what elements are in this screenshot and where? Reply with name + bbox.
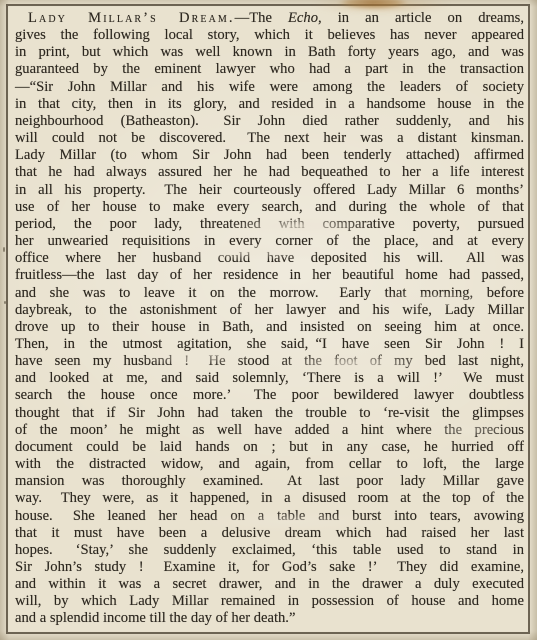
article-heading: Lady Millar’s Dream.—The Echo, in an art…	[15, 10, 524, 27]
text-line: that it must have been a delusive dream …	[15, 525, 524, 542]
text-line: with the distracted widow, and again, fr…	[15, 456, 524, 473]
text-line: guaranteed by the eminent lawyer who had…	[15, 61, 524, 78]
text-line: way. They were, as it happened, in a dis…	[15, 490, 524, 507]
text-line: period, the poor lady, threatened with c…	[15, 216, 524, 233]
text-line: neighbourhood (Batheaston). Sir John die…	[15, 113, 524, 130]
text-line: daybreak, to the astonishment of her law…	[15, 302, 524, 319]
ink-speck	[3, 247, 5, 252]
heading-italic-word: Echo	[288, 10, 318, 26]
text-line: and looked at me, and said solemnly, ‘Th…	[15, 370, 524, 387]
text-line: use of her house to make every search, a…	[15, 199, 524, 216]
text-line: will could not be discovered. The next h…	[15, 130, 524, 147]
text-line: hopes. ‘Stay,’ she suddenly exclaimed, ‘…	[15, 542, 524, 559]
text-line: her unwearied requisitions in every corn…	[15, 233, 524, 250]
article-text: Lady Millar’s Dream.—The Echo, in an art…	[15, 10, 524, 628]
text-line: house. She leaned her head on a table an…	[15, 508, 524, 525]
text-line: that he had always assured her he had be…	[15, 164, 524, 181]
text-line: thought that if Sir John had taken the t…	[15, 405, 524, 422]
text-line: office where her husband could have depo…	[15, 250, 524, 267]
text-line: in all his property. The heir courteousl…	[15, 182, 524, 199]
text-line: Sir John’s study ! Examine it, for God’s…	[15, 559, 524, 576]
text-line: of the moon’ he might as well have added…	[15, 422, 524, 439]
text-line: and she was to leave it on the morrow. E…	[15, 285, 524, 302]
text-line: document could be laid hands on ; but in…	[15, 439, 524, 456]
heading-rest: , in an article on dreams,	[318, 10, 524, 26]
text-line: Then, in the utmost agitation, she said,…	[15, 336, 524, 353]
text-line: in that city, then in its glory, and res…	[15, 96, 524, 113]
text-line: have seen my husband ! He stood at the f…	[15, 353, 524, 370]
text-line: and a splendid income till the day of he…	[15, 610, 524, 627]
text-line: drove up to their house in Bath, and ins…	[15, 319, 524, 336]
text-line: in print, but which was well known in Ba…	[15, 44, 524, 61]
text-lines: gives the following local story, which i…	[15, 27, 524, 627]
heading-title: Lady Millar’s Dream.	[28, 10, 235, 26]
text-line: mansion was thoroughly examined. At last…	[15, 473, 524, 490]
heading-dash: —The	[235, 10, 288, 26]
text-line: Lady Millar (to whom Sir John had been t…	[15, 147, 524, 164]
text-line: and within it was a secret drawer, and i…	[15, 576, 524, 593]
text-line: gives the following local story, which i…	[15, 27, 524, 44]
text-line: will, by which Lady Millar remained in p…	[15, 593, 524, 610]
text-line: —“Sir John Millar and his wife were amon…	[15, 79, 524, 96]
text-line: fruitless—the last day of her residence …	[15, 267, 524, 284]
scanned-page: Lady Millar’s Dream.—The Echo, in an art…	[0, 0, 537, 640]
text-line: search the house once more.’ The poor be…	[15, 387, 524, 404]
ink-speck	[4, 301, 6, 304]
